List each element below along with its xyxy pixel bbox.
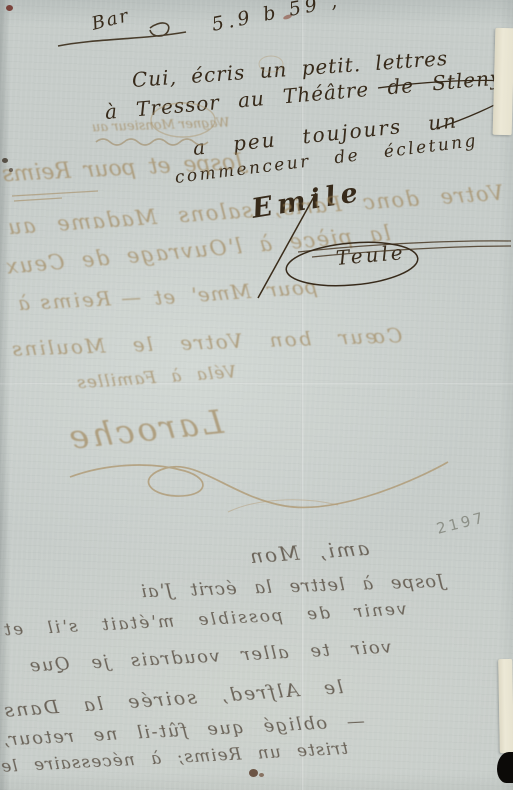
handwriting-date-line: 5.9 b 59 , [210,0,343,36]
bleedthrough-line: Votre donc Paris, salons Madame au [6,181,504,240]
faint-arc [228,500,338,512]
paper-speck [2,158,8,163]
photo-corner-black [497,752,513,783]
tape-strip-bottom-right [498,659,513,753]
reims-underline [12,191,98,201]
bleedthrough-line: — Reims à [15,285,141,316]
ink-blot [259,773,264,777]
fold-crease-vertical [301,0,304,790]
bleedthrough-line: voir te aller voudrais je Que [28,637,392,677]
tape-strip-top-right [493,28,513,135]
paper-speck [9,168,13,172]
bleedthrough-signature: Laroche [64,402,225,457]
handwriting-flourish-word: Bar [89,5,132,35]
signature-paraph [70,462,448,507]
bleedthrough-line: Véla à Familles [75,362,236,393]
bleedthrough-line: Cœur bon Votre le Moulins [10,323,403,361]
ink-blot [249,769,258,777]
pencil-number: 2197 [435,508,488,538]
bleedthrough-line: Jospe à lettre la écrit J'ai [140,571,445,603]
bleedthrough-line: pour Mme' et [152,274,318,309]
paper-speck [6,5,13,11]
bleedthrough-line: ami, Mon [247,536,370,568]
bleedthrough-line: venir de possible m'était s'il et [2,599,407,640]
letter-scan-page: Bar 5.9 b 59 , Cui, écris un petit. lett… [0,0,513,790]
